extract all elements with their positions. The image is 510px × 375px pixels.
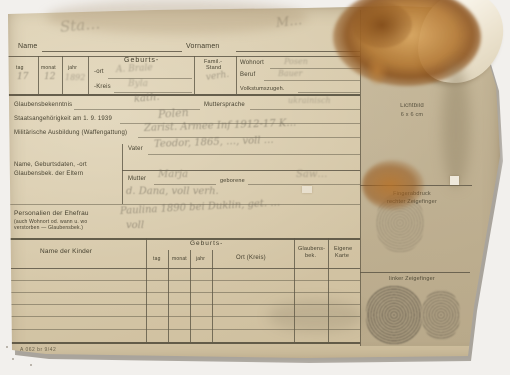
paper-chip (302, 186, 312, 193)
scan-background: Name Sta… Vornamen M… tag monat jahr 17 … (0, 0, 510, 375)
stain-small (366, 56, 388, 86)
dust-speck (30, 364, 32, 366)
paper-chip (450, 176, 459, 185)
stain-corner-dark (352, 2, 412, 48)
stain-middle-right (362, 160, 424, 210)
smudge-bottom (268, 300, 364, 332)
stain-right-streak (442, 64, 470, 188)
dust-speck (6, 346, 8, 348)
dust-speck (12, 358, 14, 360)
stain-top-smear (46, 0, 308, 34)
